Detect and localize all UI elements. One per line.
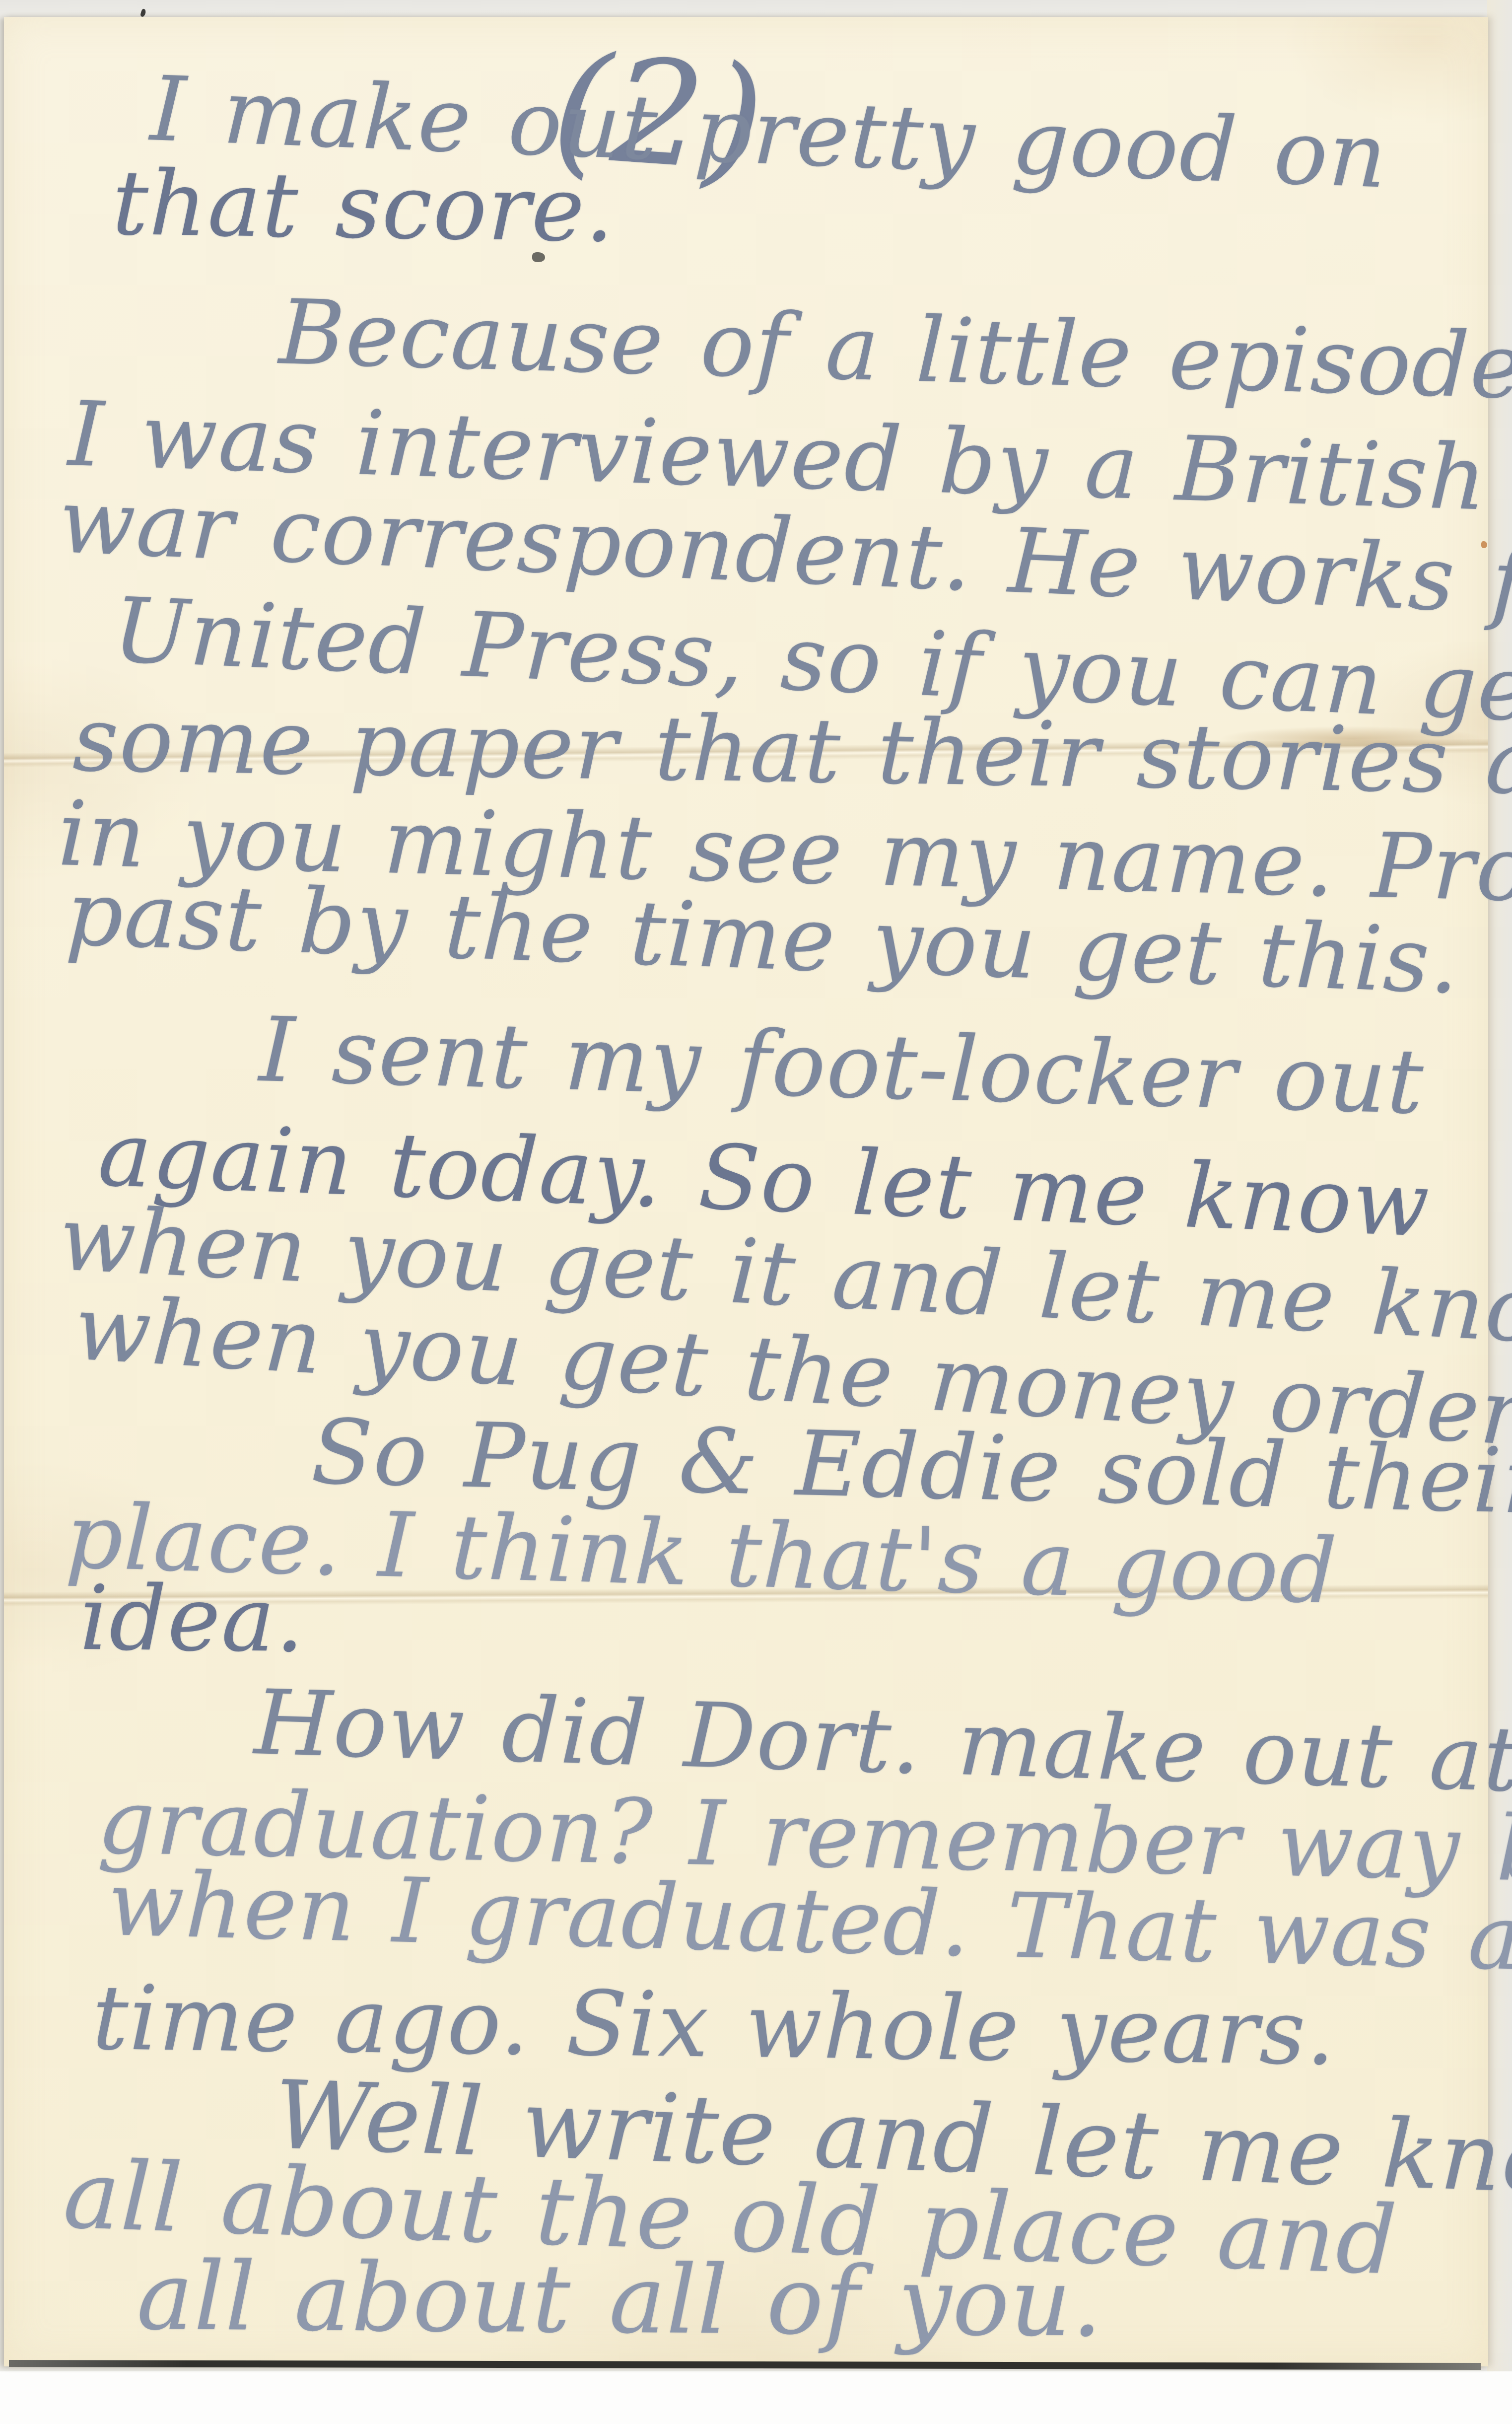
scanner-background-bottom <box>0 2371 1512 2424</box>
handwritten-line: that score. <box>112 159 616 255</box>
pencil-smudge <box>532 252 545 262</box>
paper-stain-dot <box>1481 541 1487 548</box>
handwritten-line: all about all of you. <box>137 2249 1103 2351</box>
handwritten-line: idea. <box>79 1574 305 1665</box>
scanner-background-top <box>0 0 1512 19</box>
